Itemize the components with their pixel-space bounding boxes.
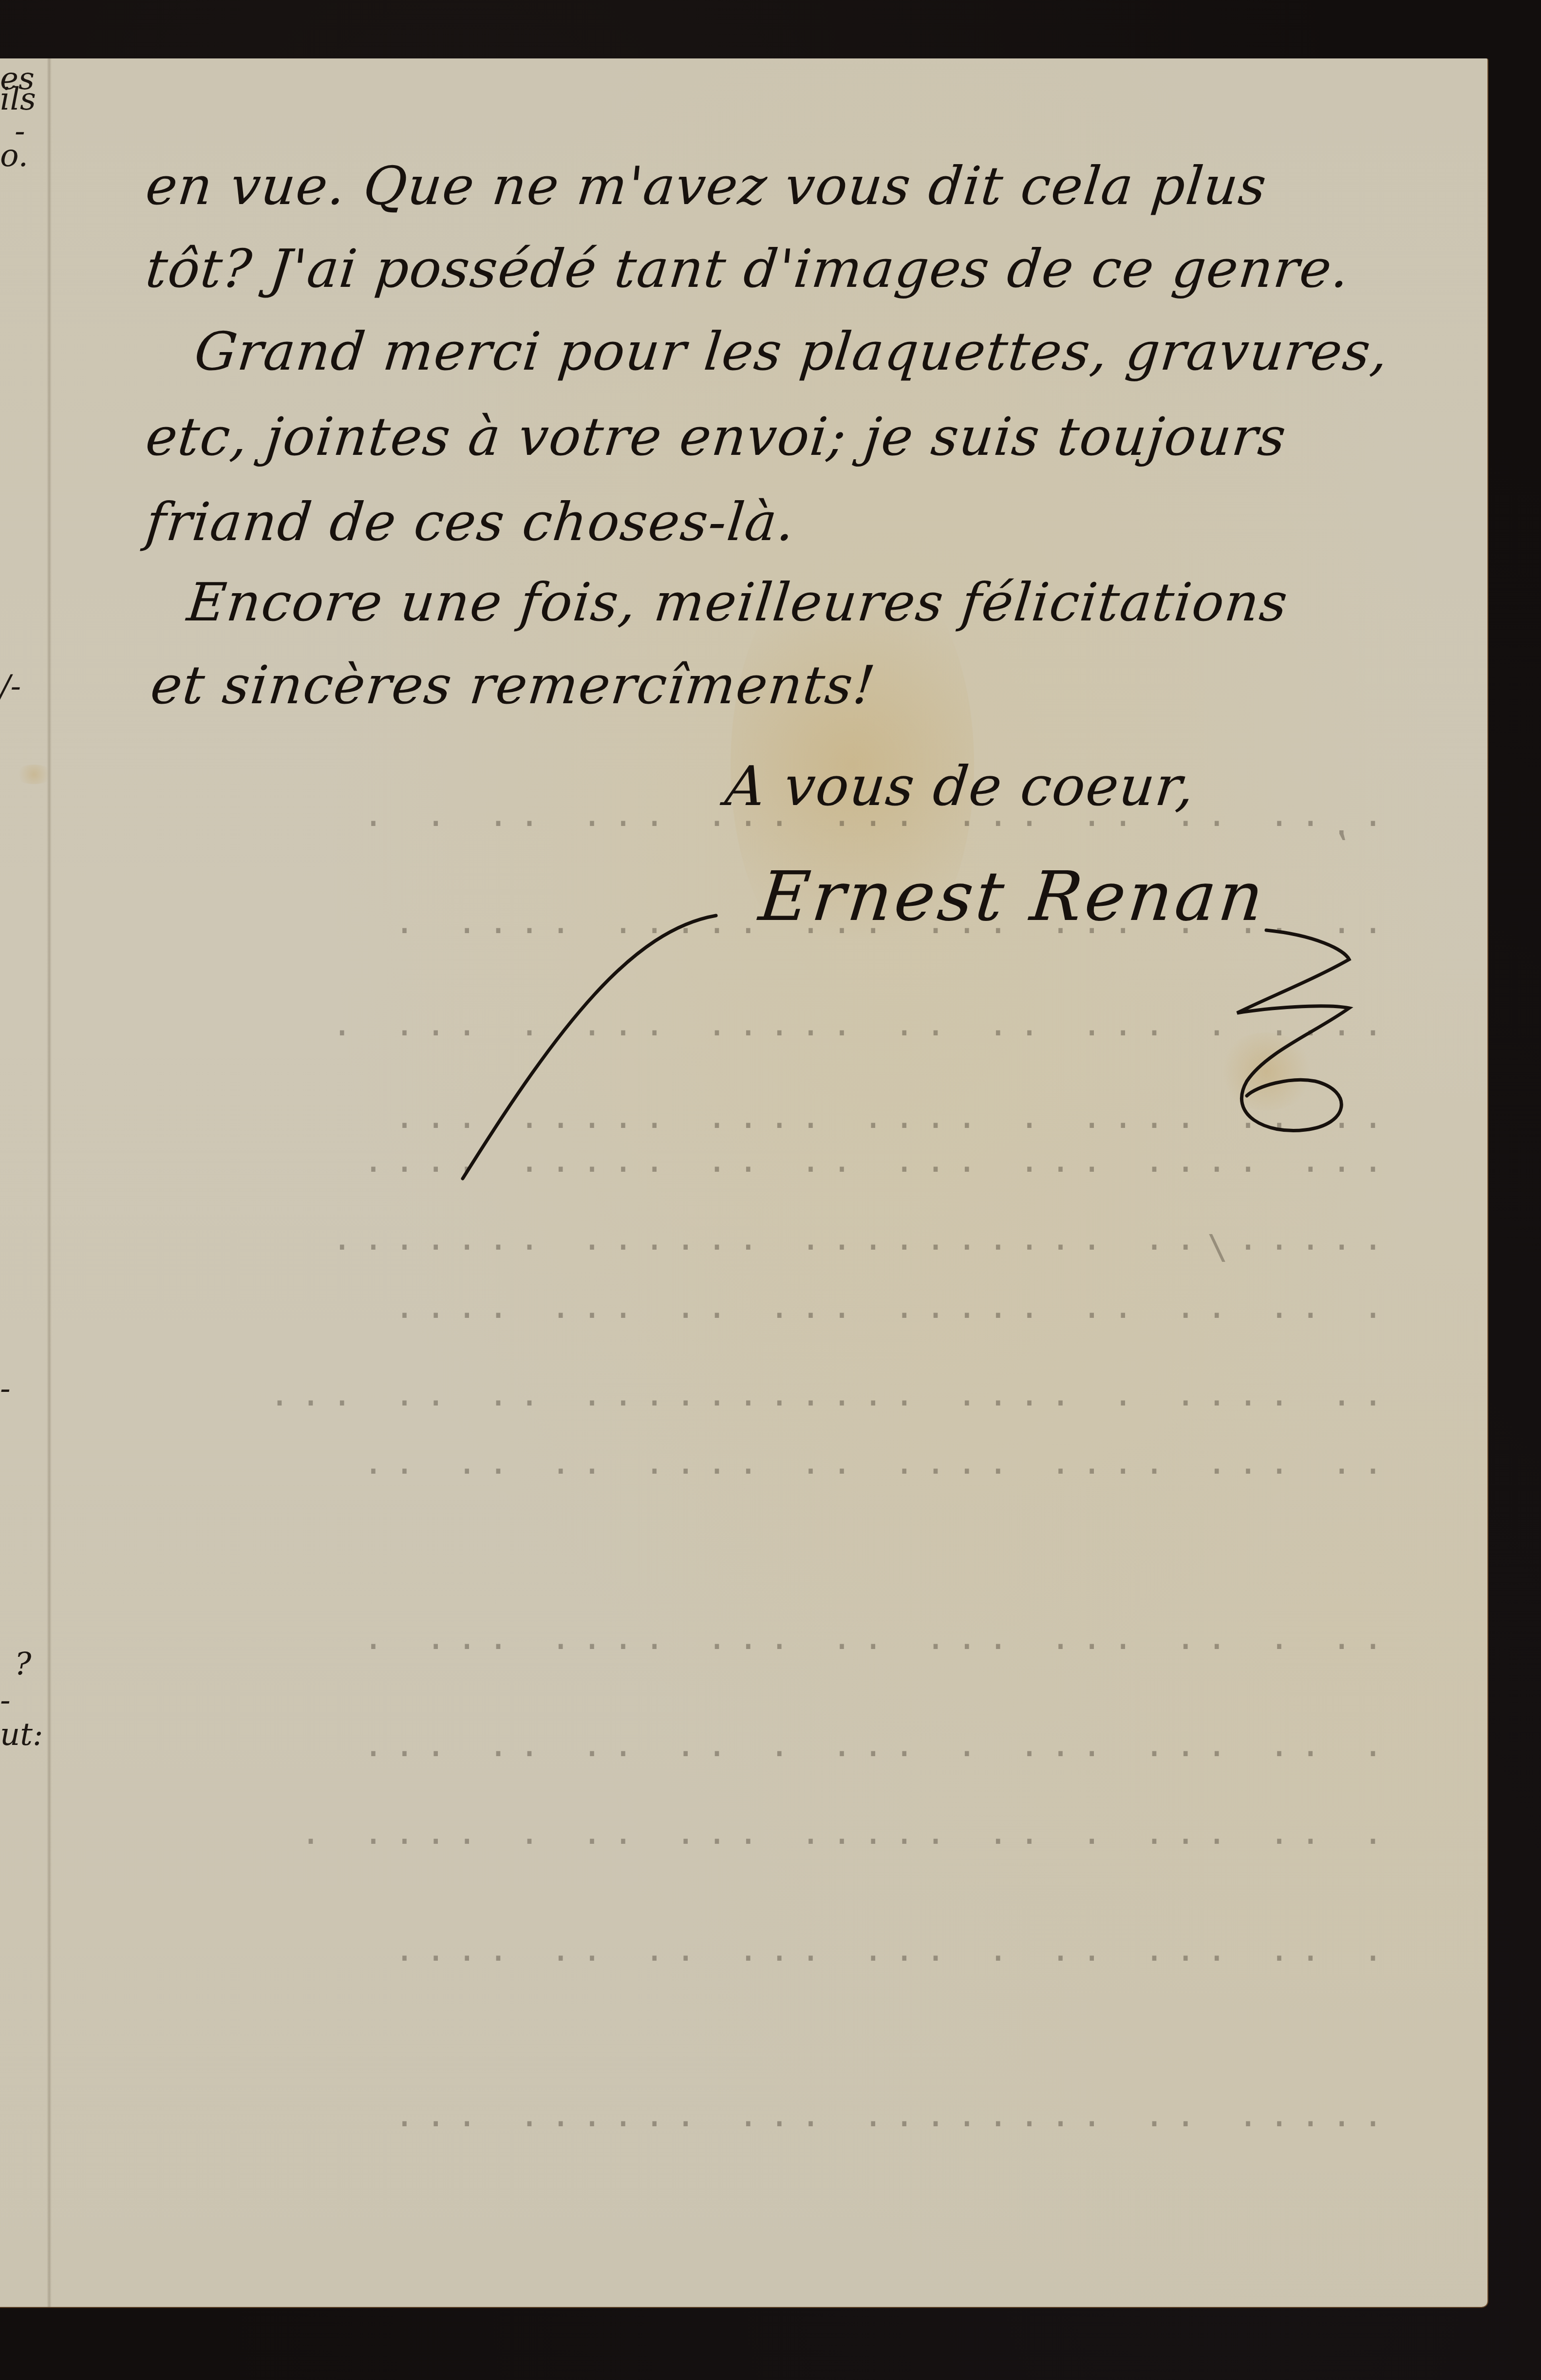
page-fold-crease — [47, 58, 52, 2307]
fragment: ut: — [0, 1719, 43, 1750]
signature: Ernest Renan — [755, 857, 1270, 937]
foxing-stain — [15, 765, 54, 784]
fragment: - — [0, 1685, 11, 1716]
letter-closing: A vous de coeur, — [722, 755, 1198, 818]
fragment: - — [0, 1373, 11, 1405]
fragment: ? — [15, 1649, 31, 1680]
previous-page-edge: es ils - o. /- - ? - ut: — [0, 58, 47, 2307]
letter-line: etc, jointes à votre envoi; je suis touj… — [143, 407, 1289, 468]
fragment: /- — [0, 671, 21, 702]
letter-page: es ils - o. /- - ? - ut: ·,·· ·· ·· ··· … — [0, 58, 1488, 2308]
letter-line: en vue. Que ne m'avez vous dit cela plus — [143, 156, 1270, 217]
fragment: ils — [0, 84, 36, 115]
fragment: o. — [0, 140, 28, 171]
letter-line: Grand merci pour les plaquettes, gravure… — [191, 321, 1391, 382]
letter-line: friand de ces choses-là. — [143, 492, 798, 553]
letter-line: Encore une fois, meilleures félicitation… — [184, 572, 1291, 633]
letter-line: et sincères remercîments! — [148, 655, 879, 716]
letter-line: tôt? J'ai possédé tant d'images de ce ge… — [143, 239, 1353, 300]
